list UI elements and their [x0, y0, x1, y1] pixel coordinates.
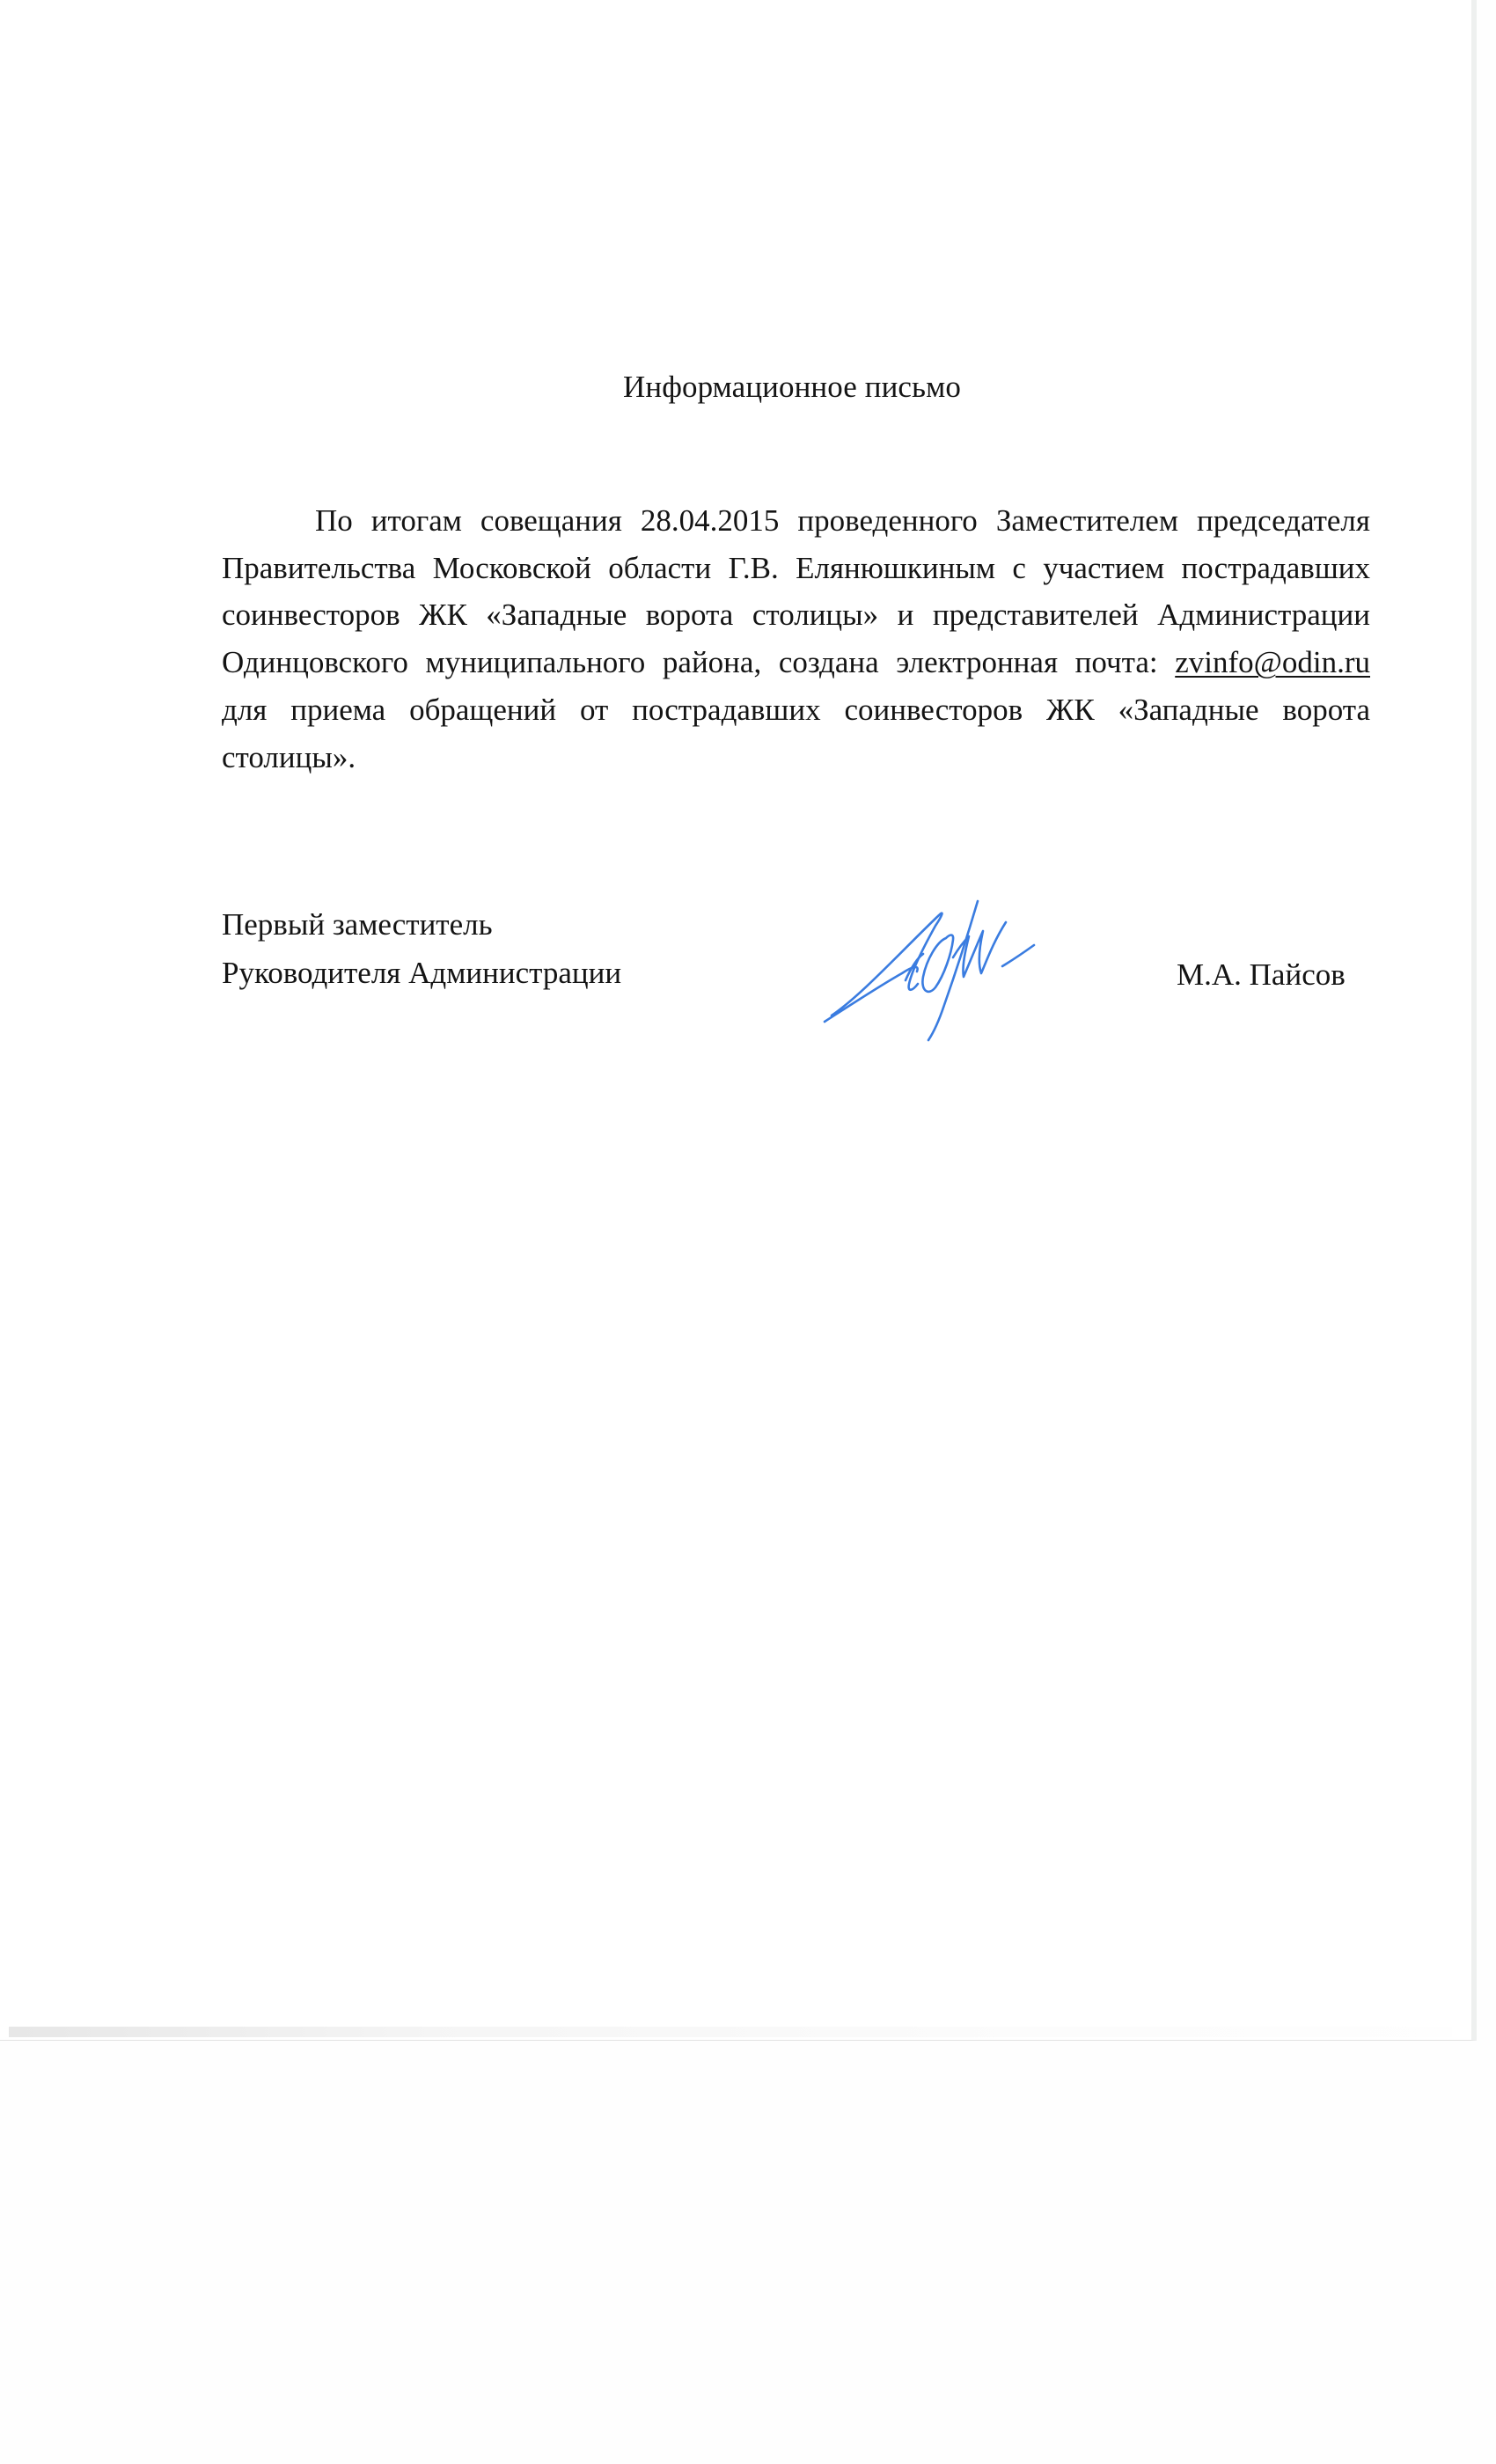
- signer-position-line-2: Руководителя Администрации: [222, 949, 621, 997]
- signer-name: М.А. Пайсов: [1177, 950, 1346, 999]
- handwritten-signature-icon: [814, 896, 1043, 1045]
- body-paragraph: По итогам совещания 28.04.2015 проведенн…: [222, 497, 1370, 781]
- scan-artifact: [9, 2027, 1452, 2037]
- body-text-after-email: для приема обращений от пострадавших сои…: [222, 693, 1370, 774]
- document-title: Информационное письмо: [0, 368, 1496, 407]
- signer-position-line-1: Первый заместитель: [222, 900, 621, 949]
- email-link[interactable]: zvinfo@odin.ru: [1175, 645, 1370, 679]
- signer-position: Первый заместитель Руководителя Админист…: [222, 900, 621, 997]
- document-page: Информационное письмо По итогам совещани…: [0, 0, 1477, 2041]
